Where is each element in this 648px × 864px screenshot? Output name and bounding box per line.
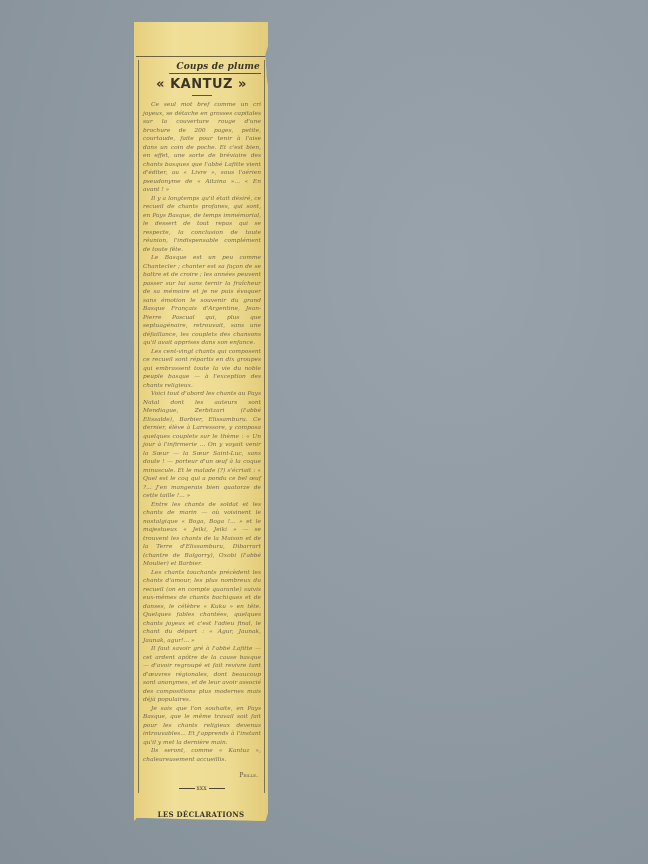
title-rule (192, 95, 212, 96)
article-paragraph: Il y a longtemps qu'il était désiré, ce … (143, 195, 261, 255)
article-paragraph: Le Basque est un peu comme Chantecler ; … (143, 254, 261, 348)
clipping-top-margin (136, 22, 266, 57)
author-signature: Peille. (139, 772, 264, 779)
rubric-underline (169, 73, 261, 74)
article-paragraph: Voici tout d'abord les chants au Pays Na… (143, 390, 261, 501)
article-paragraph: Il faut savoir gré à l'abbé Lafitte — ce… (143, 645, 261, 705)
article-paragraph: Les chants touchants précèdent les chant… (143, 569, 261, 646)
section-separator: xxx (139, 785, 264, 792)
article-frame: Coups de plume « KANTUZ » Ce seul mot br… (138, 60, 265, 793)
article-title: « KANTUZ » (139, 77, 264, 92)
separator-mark: xxx (196, 785, 206, 792)
newspaper-clipping: Coups de plume « KANTUZ » Ce seul mot br… (134, 22, 268, 821)
separator-line (179, 788, 195, 789)
article-paragraph: Les cent-vingt chants qui composent ce r… (143, 348, 261, 391)
article-paragraph: Je sais que l'on souhaite, en Pays Basqu… (143, 705, 261, 748)
article-paragraph: Ce seul mot bref comme un cri joyeux, se… (143, 101, 261, 195)
article-paragraph: Entre les chants de soldat et les chants… (143, 501, 261, 569)
article-body: Ce seul mot bref comme un cri joyeux, se… (139, 101, 264, 764)
separator-line (209, 788, 225, 789)
next-article-heading: LES DÉCLARATIONS (134, 810, 268, 819)
article-paragraph: Ils seront, comme « Kantuz », chaleureus… (143, 747, 261, 764)
column-rubric: Coups de plume (139, 62, 264, 72)
